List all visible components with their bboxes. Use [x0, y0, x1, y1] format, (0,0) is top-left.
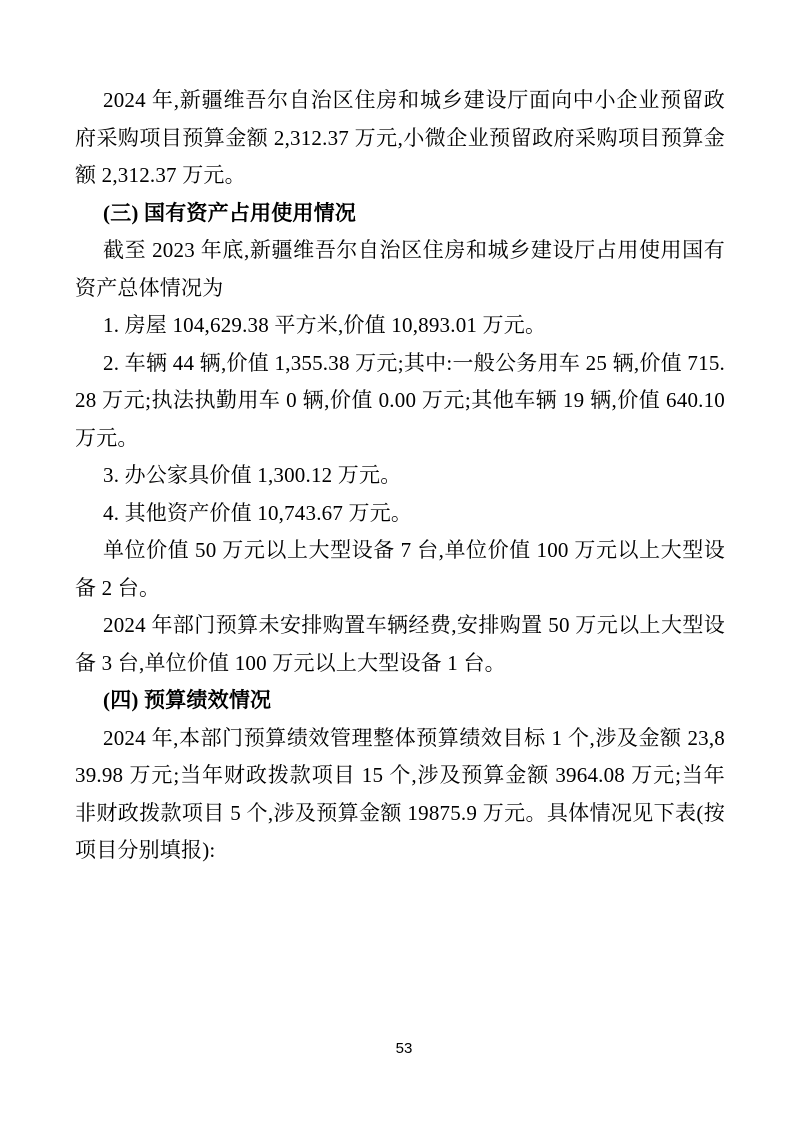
paragraph-2024-vehicle-equipment-budget: 2024 年部门预算未安排购置车辆经费,安排购置 50 万元以上大型设备 3 台… — [75, 607, 725, 682]
paragraph-sme-procurement-reserve: 2024 年,新疆维吾尔自治区住房和城乡建设厅面向中小企业预留政府采购项目预算金… — [75, 82, 725, 195]
heading-state-owned-assets-usage: (三) 国有资产占用使用情况 — [75, 195, 725, 233]
paragraph-assets-item-office-furniture: 3. 办公家具价值 1,300.12 万元。 — [75, 457, 725, 495]
paragraph-assets-item-housing: 1. 房屋 104,629.38 平方米,价值 10,893.01 万元。 — [75, 307, 725, 345]
heading-budget-performance: (四) 预算绩效情况 — [75, 682, 725, 720]
document-page: 2024 年,新疆维吾尔自治区住房和城乡建设厅面向中小企业预留政府采购项目预算金… — [0, 0, 808, 1143]
paragraph-assets-overview-intro: 截至 2023 年底,新疆维吾尔自治区住房和城乡建设厅占用使用国有资产总体情况为 — [75, 232, 725, 307]
document-body: 2024 年,新疆维吾尔自治区住房和城乡建设厅面向中小企业预留政府采购项目预算金… — [75, 82, 725, 870]
paragraph-large-equipment-counts: 单位价值 50 万元以上大型设备 7 台,单位价值 100 万元以上大型设备 2… — [75, 532, 725, 607]
paragraph-budget-performance-details: 2024 年,本部门预算绩效管理整体预算绩效目标 1 个,涉及金额 23,839… — [75, 720, 725, 870]
page-number: 53 — [0, 1040, 808, 1057]
paragraph-assets-item-other-assets: 4. 其他资产价值 10,743.67 万元。 — [75, 495, 725, 533]
paragraph-assets-item-vehicles: 2. 车辆 44 辆,价值 1,355.38 万元;其中:一般公务用车 25 辆… — [75, 345, 725, 458]
